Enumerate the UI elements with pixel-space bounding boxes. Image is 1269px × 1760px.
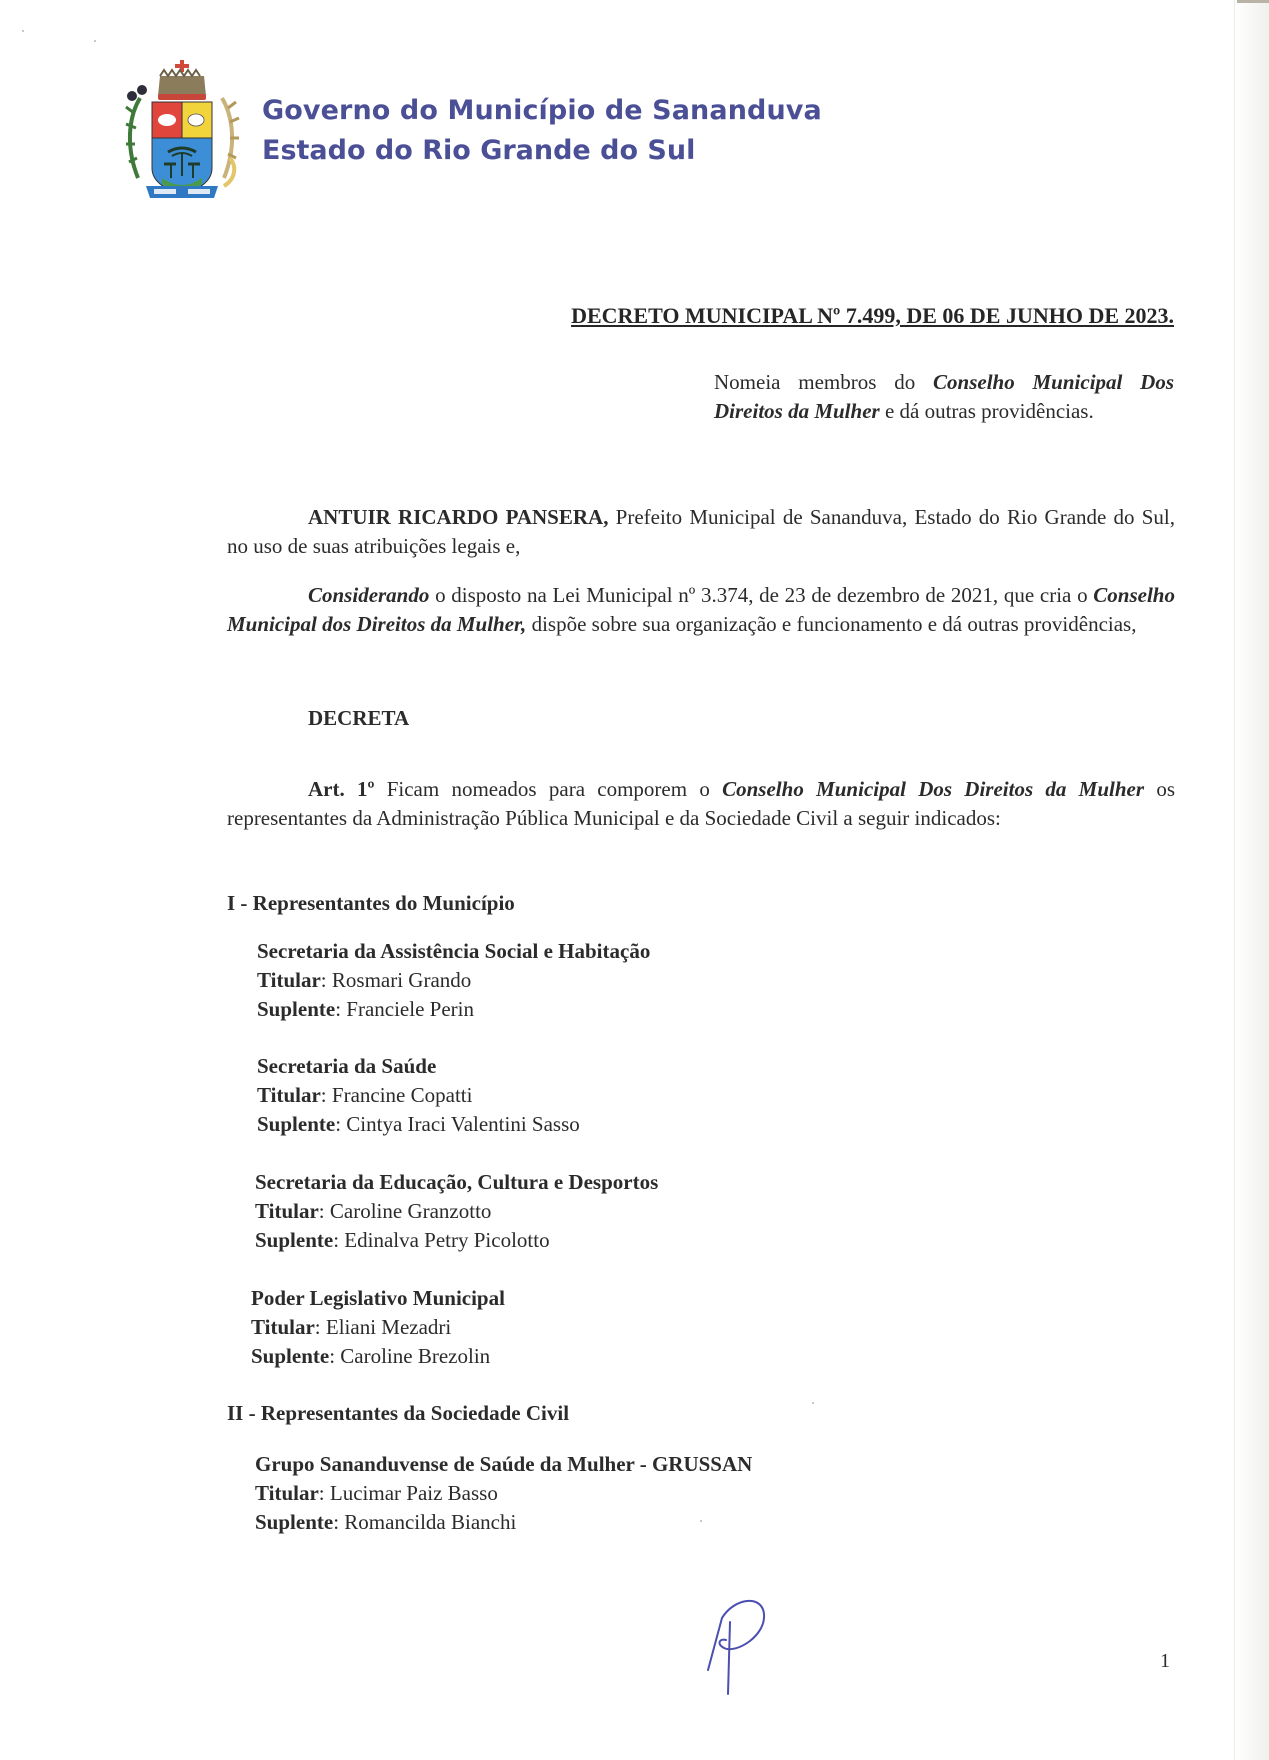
suplente-label: Suplente (257, 1112, 335, 1136)
titular-name: Caroline Granzotto (330, 1199, 492, 1223)
suplente-name: Cintya Iraci Valentini Sasso (346, 1112, 580, 1136)
page-number: 1 (1160, 1650, 1170, 1673)
member-group: Secretaria da Assistência Social e Habit… (257, 937, 650, 1024)
scan-speck (94, 40, 96, 42)
mayor-name: ANTUIR RICARDO PANSERA, (308, 505, 608, 529)
suplente-name: Romancilda Bianchi (344, 1510, 516, 1534)
considerando-paragraph: Considerando o disposto na Lei Municipal… (227, 581, 1175, 639)
state-name: Estado do Rio Grande do Sul (262, 135, 695, 166)
member-group: Secretaria da Saúde Titular: Francine Co… (257, 1052, 580, 1139)
member-group: Poder Legislativo Municipal Titular: Eli… (251, 1284, 505, 1371)
suplente-label: Suplente (255, 1510, 333, 1534)
titular-label: Titular (257, 968, 321, 992)
suplente-name: Edinalva Petry Picolotto (344, 1228, 549, 1252)
decreta-heading: DECRETA (308, 706, 409, 731)
suplente-name: Franciele Perin (346, 997, 474, 1021)
scan-edge-mark (1237, 0, 1269, 3)
group-name: Poder Legislativo Municipal (251, 1284, 505, 1313)
handwritten-initials-signature-icon (700, 1590, 790, 1700)
titular-name: Lucimar Paiz Basso (330, 1481, 498, 1505)
member-group: Grupo Sananduvense de Saúde da Mulher - … (255, 1450, 752, 1537)
considerando-text-end: dispõe sobre sua organização e funcionam… (526, 612, 1136, 636)
titular-label: Titular (255, 1481, 319, 1505)
suplente-label: Suplente (257, 997, 335, 1021)
section-heading: I - Representantes do Município (227, 891, 515, 916)
suplente-name: Caroline Brezolin (340, 1344, 490, 1368)
titular-label: Titular (255, 1199, 319, 1223)
scan-edge-shadow (1234, 0, 1269, 1760)
government-name: Governo do Município de Sananduva (262, 95, 822, 126)
article-text: Ficam nomeados para comporem o (374, 777, 722, 801)
group-name: Grupo Sananduvense de Saúde da Mulher - … (255, 1450, 752, 1479)
council-name-emphasis: Conselho Municipal Dos Direitos da Mulhe… (722, 777, 1144, 801)
titular-label: Titular (251, 1315, 315, 1339)
suplente-label: Suplente (255, 1228, 333, 1252)
group-name: Secretaria da Educação, Cultura e Despor… (255, 1168, 658, 1197)
titular-name: Eliani Mezadri (326, 1315, 451, 1339)
scan-speck (812, 1402, 814, 1404)
article-label: Art. 1º (308, 777, 374, 801)
considerando-text: o disposto na Lei Municipal nº 3.374, de… (429, 583, 1093, 607)
municipal-coat-of-arms-icon (118, 58, 246, 204)
scan-speck (700, 1520, 702, 1522)
decree-summary: Nomeia membros do Conselho Municipal Dos… (714, 368, 1174, 426)
summary-text-end: e dá outras providências. (880, 399, 1094, 423)
scan-speck (22, 30, 24, 32)
member-group: Secretaria da Educação, Cultura e Despor… (255, 1168, 658, 1255)
decree-title: DECRETO MUNICIPAL Nº 7.499, DE 06 DE JUN… (484, 303, 1174, 329)
titular-label: Titular (257, 1083, 321, 1107)
section-heading: II - Representantes da Sociedade Civil (227, 1401, 569, 1426)
group-name: Secretaria da Saúde (257, 1052, 580, 1081)
titular-name: Rosmari Grando (332, 968, 471, 992)
suplente-label: Suplente (251, 1344, 329, 1368)
summary-text: Nomeia membros do (714, 370, 933, 394)
preamble-paragraph: ANTUIR RICARDO PANSERA, Prefeito Municip… (227, 503, 1175, 561)
considerando-lead: Considerando (308, 583, 429, 607)
group-name: Secretaria da Assistência Social e Habit… (257, 937, 650, 966)
article-1-paragraph: Art. 1º Ficam nomeados para comporem o C… (227, 775, 1175, 833)
letterhead: Governo do Município de Sananduva Estado… (118, 58, 1018, 208)
titular-name: Francine Copatti (332, 1083, 473, 1107)
